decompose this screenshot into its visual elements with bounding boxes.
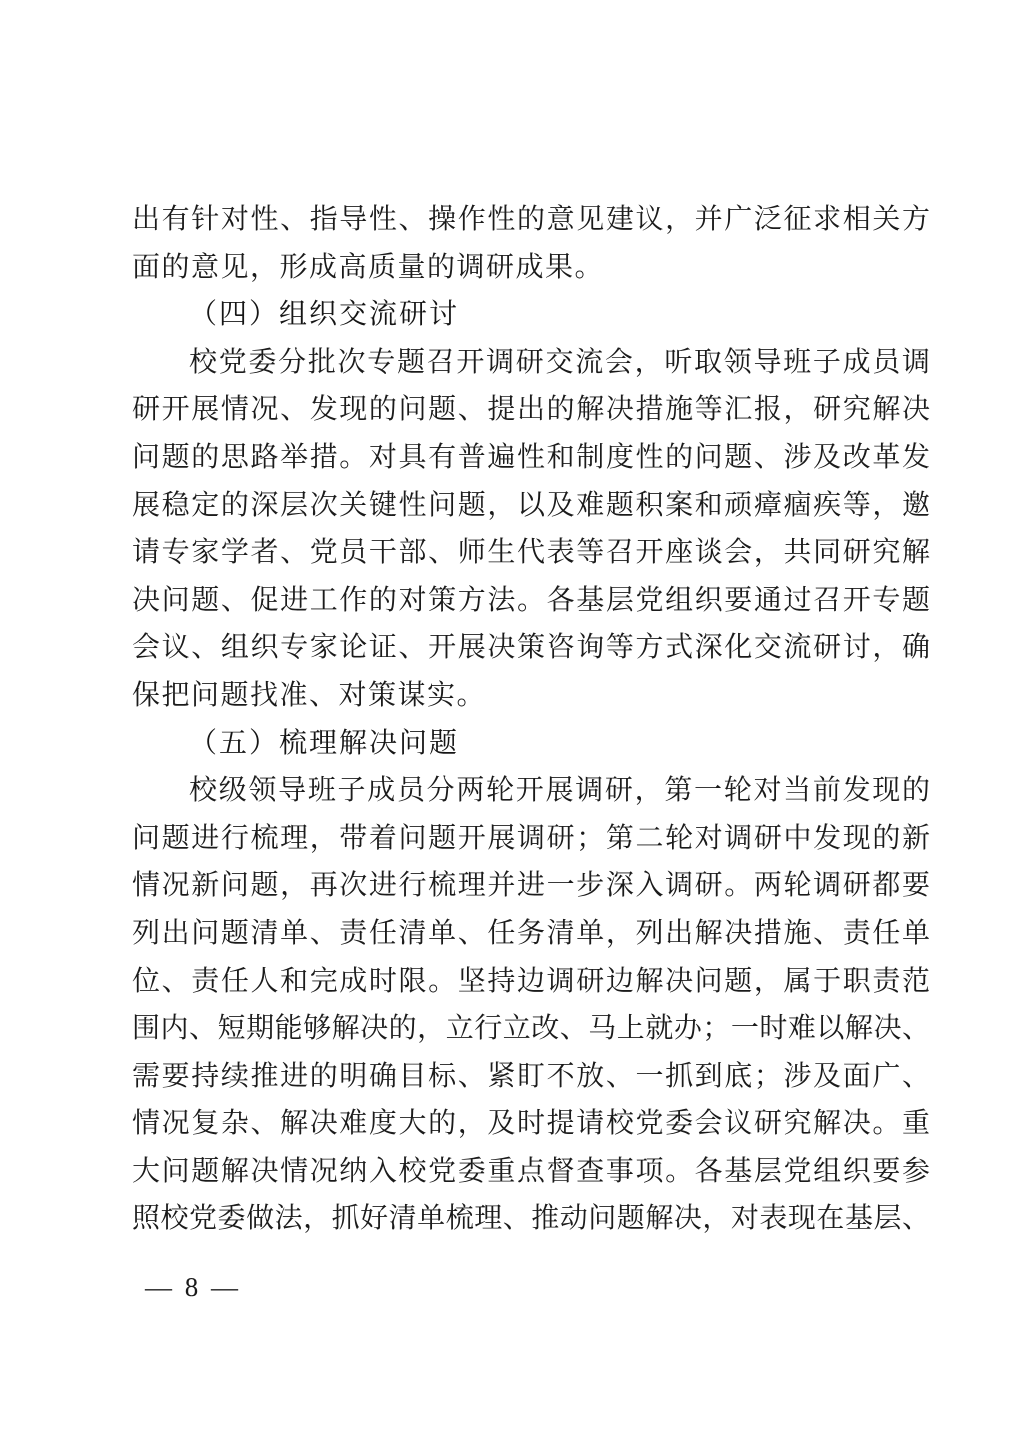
text-line: 请专家学者、党员干部、师生代表等召开座谈会，共同研究解 <box>132 529 930 577</box>
section-heading-5: （五）梳理解决问题 <box>132 720 930 768</box>
text-line: 围内、短期能够解决的，立行立改、马上就办；一时难以解决、 <box>132 1005 930 1053</box>
text-line: 列出问题清单、责任清单、任务清单，列出解决措施、责任单 <box>132 910 930 958</box>
document-body: 出有针对性、指导性、操作性的意见建议，并广泛征求相关方 面的意见，形成高质量的调… <box>132 196 930 1243</box>
text-line: 出有针对性、指导性、操作性的意见建议，并广泛征求相关方 <box>132 196 930 244</box>
text-line: 面的意见，形成高质量的调研成果。 <box>132 244 930 292</box>
text-line: 问题进行梳理，带着问题开展调研；第二轮对调研中发现的新 <box>132 815 930 863</box>
text-line: 保把问题找准、对策谋实。 <box>132 672 930 720</box>
text-line: 研开展情况、发现的问题、提出的解决措施等汇报，研究解决 <box>132 386 930 434</box>
text-line: 问题的思路举措。对具有普遍性和制度性的问题、涉及改革发 <box>132 434 930 482</box>
text-line: 展稳定的深层次关键性问题，以及难题积案和顽瘴痼疾等，邀 <box>132 482 930 530</box>
text-line: 位、责任人和完成时限。坚持边调研边解决问题，属于职责范 <box>132 958 930 1006</box>
text-line: 情况新问题，再次进行梳理并进一步深入调研。两轮调研都要 <box>132 862 930 910</box>
text-line: 校级领导班子成员分两轮开展调研，第一轮对当前发现的 <box>132 767 930 815</box>
text-line: 情况复杂、解决难度大的，及时提请校党委会议研究解决。重 <box>132 1100 930 1148</box>
page-number: — 8 — <box>145 1272 241 1303</box>
text-line: 会议、组织专家论证、开展决策咨询等方式深化交流研讨，确 <box>132 624 930 672</box>
section-heading-4: （四）组织交流研讨 <box>132 291 930 339</box>
text-line: 校党委分批次专题召开调研交流会，听取领导班子成员调 <box>132 339 930 387</box>
document-page: 出有针对性、指导性、操作性的意见建议，并广泛征求相关方 面的意见，形成高质量的调… <box>0 0 1024 1448</box>
text-line: 照校党委做法，抓好清单梳理、推动问题解决，对表现在基层、 <box>132 1195 930 1243</box>
text-line: 决问题、促进工作的对策方法。各基层党组织要通过召开专题 <box>132 577 930 625</box>
text-line: 大问题解决情况纳入校党委重点督查事项。各基层党组织要参 <box>132 1148 930 1196</box>
text-line: 需要持续推进的明确目标、紧盯不放、一抓到底；涉及面广、 <box>132 1053 930 1101</box>
